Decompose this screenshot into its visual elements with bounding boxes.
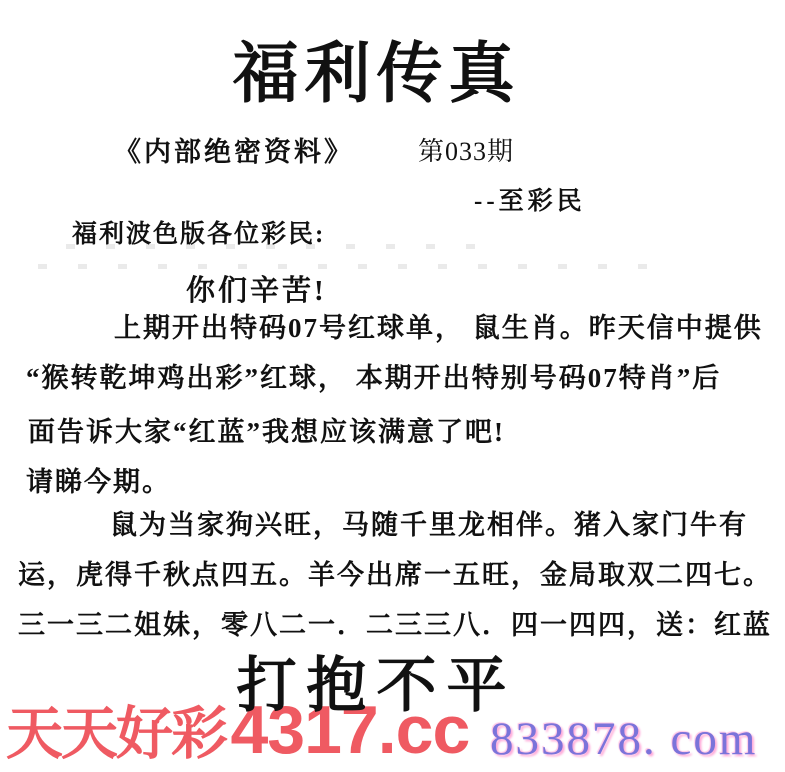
body-text-line: 三一三二姐妹，零八二一．二三三八．四一四四，送：红蓝 (18, 603, 772, 642)
classification-label: 《内部绝密资料》 (114, 130, 354, 169)
body-text-line: 面告诉大家“红蓝”我想应该满意了吧! (28, 410, 505, 449)
issue-number: 第033期 (418, 131, 514, 168)
dedication-line: --至彩民 (474, 181, 586, 217)
fax-document-page: 福利传真 《内部绝密资料》 第033期 --至彩民 福利波色版各位彩民: 你们辛… (0, 0, 785, 772)
greeting-line: 你们辛苦! (186, 268, 327, 309)
document-title: 福利传真 (0, 20, 769, 115)
body-text-line: 上期开出特码07号红球单， 鼠生肖。昨天信中提供 (114, 306, 763, 345)
salutation-line: 福利波色版各位彩民: (72, 214, 325, 250)
faded-print-artifact (38, 264, 668, 269)
footer-slogan: 打抱不平 (0, 638, 769, 724)
body-text-line: 请睇今期。 (26, 460, 171, 499)
body-text-line: 运，虎得千秋点四五。羊今出席一五旺，金局取双二四七。 (18, 553, 772, 592)
body-text-line: 鼠为当家狗兴旺，马随千里龙相伴。猪入家门牛有 (110, 503, 748, 542)
body-text-line: “猴转乾坤鸡出彩”红球， 本期开出特别号码07特肖”后 (26, 356, 721, 395)
